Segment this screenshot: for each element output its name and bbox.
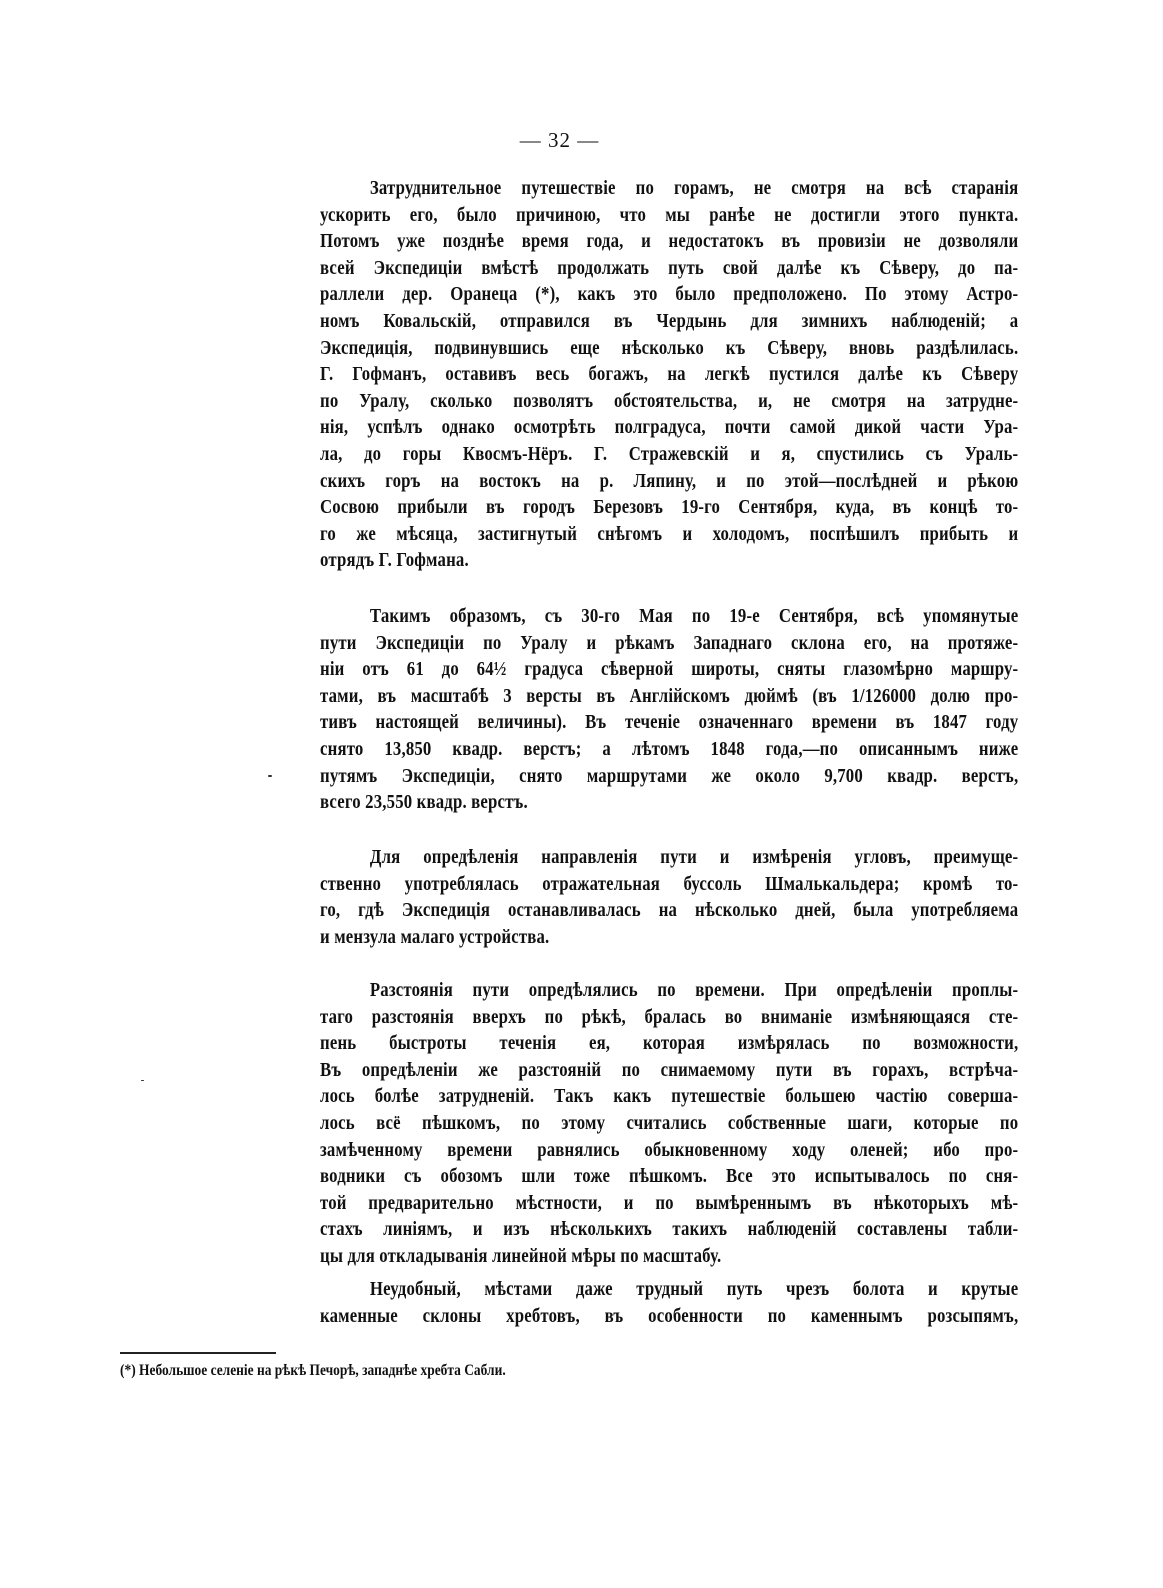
text-line: пути Экспедиціи по Уралу и рѣкамъ Западн… — [320, 631, 1018, 658]
text-line: всего 23,550 квадр. верстъ. — [320, 790, 1018, 817]
text-line: Г. Гофманъ, оставивъ весь богажъ, на лег… — [320, 362, 1018, 389]
text-line: стахъ линіямъ, и изъ нѣсколькихъ такихъ … — [320, 1217, 1018, 1244]
text-line: раллели дер. Оранеца (*), какъ это было … — [320, 282, 1018, 309]
text-line: снято 13,850 квадр. верстъ; а лѣтомъ 184… — [320, 737, 1018, 764]
scan-speck — [268, 775, 272, 777]
text-line: каменные склоны хребтовъ, въ особенности… — [320, 1304, 1018, 1331]
paragraph-5: Неудобный, мѣстами даже трудный путь чре… — [320, 1277, 1018, 1330]
text-line: таго разстоянія вверхъ по рѣкѣ, бралась … — [320, 1005, 1018, 1032]
text-line: нія, успѣлъ однако осмотрѣть полградуса,… — [320, 415, 1018, 442]
text-line: пень быстроты теченія ея, которая измѣря… — [320, 1031, 1018, 1058]
text-line: скихъ горъ на востокъ на р. Ляпину, и по… — [320, 469, 1018, 496]
text-line: Потомъ уже позднѣе время года, и недоста… — [320, 229, 1018, 256]
scan-speck — [141, 1080, 144, 1081]
text-line: номъ Ковальскій, отправился въ Чердынь д… — [320, 309, 1018, 336]
text-line: цы для откладыванія линейной мѣры по мас… — [320, 1244, 1018, 1271]
text-line: Въ опредѣленіи же разстояній по снимаемо… — [320, 1058, 1018, 1085]
text-line: всей Экспедиціи вмѣстѣ продолжать путь с… — [320, 256, 1018, 283]
paragraph-1: Затруднительное путешествіе по горамъ, н… — [320, 176, 1018, 575]
text-line: тами, въ масштабѣ 3 версты въ Англійском… — [320, 684, 1018, 711]
text-line: Для опредѣленія направленія пути и измѣр… — [320, 845, 1018, 872]
text-line: Такимъ образомъ, съ 30-го Мая по 19-е Се… — [320, 604, 1018, 631]
text-line: замѣченному времени равнялись обыкновенн… — [320, 1138, 1018, 1165]
page-number: — 32 — — [0, 128, 1141, 153]
paragraph-4: Разстоянія пути опредѣлялись по времени.… — [320, 978, 1018, 1271]
text-line: ніи отъ 61 до 64½ градуса сѣверной широт… — [320, 657, 1018, 684]
text-line: Сосвою прибыли въ городъ Березовъ 19-го … — [320, 495, 1018, 522]
text-line: путямъ Экспедиціи, снято маршрутами же о… — [320, 764, 1018, 791]
text-line: Затруднительное путешествіе по горамъ, н… — [320, 176, 1018, 203]
paragraph-2: Такимъ образомъ, съ 30-го Мая по 19-е Се… — [320, 604, 1018, 817]
text-line: по Уралу, сколько позволятъ обстоятельст… — [320, 389, 1018, 416]
text-line: Неудобный, мѣстами даже трудный путь чре… — [320, 1277, 1018, 1304]
text-line: Экспедиція, подвинувшись еще нѣсколько к… — [320, 336, 1018, 363]
text-line: лось болѣе затрудненій. Такъ какъ путеше… — [320, 1084, 1018, 1111]
text-line: отрядъ Г. Гофмана. — [320, 548, 1018, 575]
text-line: лось всё пѣшкомъ, по этому считались соб… — [320, 1111, 1018, 1138]
text-line: тивъ настоящей величины). Въ теченіе озн… — [320, 710, 1018, 737]
text-line: водники съ обозомъ шли тоже пѣшкомъ. Все… — [320, 1164, 1018, 1191]
text-line: ственно употреблялась отражательная бусс… — [320, 872, 1018, 899]
footnote-divider — [120, 1352, 276, 1354]
paragraph-3: Для опредѣленія направленія пути и измѣр… — [320, 845, 1018, 951]
footnote: (*) Небольшое селеніе на рѣкѣ Печорѣ, за… — [120, 1362, 506, 1380]
text-line: той предварительно мѣстности, и по вымѣр… — [320, 1191, 1018, 1218]
text-line: го же мѣсяца, застигнутый снѣгомъ и холо… — [320, 522, 1018, 549]
text-line: и мензула малаго устройства. — [320, 925, 1018, 952]
text-line: го, гдѣ Экспедиція останавливалась на нѣ… — [320, 898, 1018, 925]
text-line: ла, до горы Квосмъ-Нёръ. Г. Стражевскій … — [320, 442, 1018, 469]
text-line: ускорить его, было причиною, что мы ранѣ… — [320, 203, 1018, 230]
text-line: Разстоянія пути опредѣлялись по времени.… — [320, 978, 1018, 1005]
